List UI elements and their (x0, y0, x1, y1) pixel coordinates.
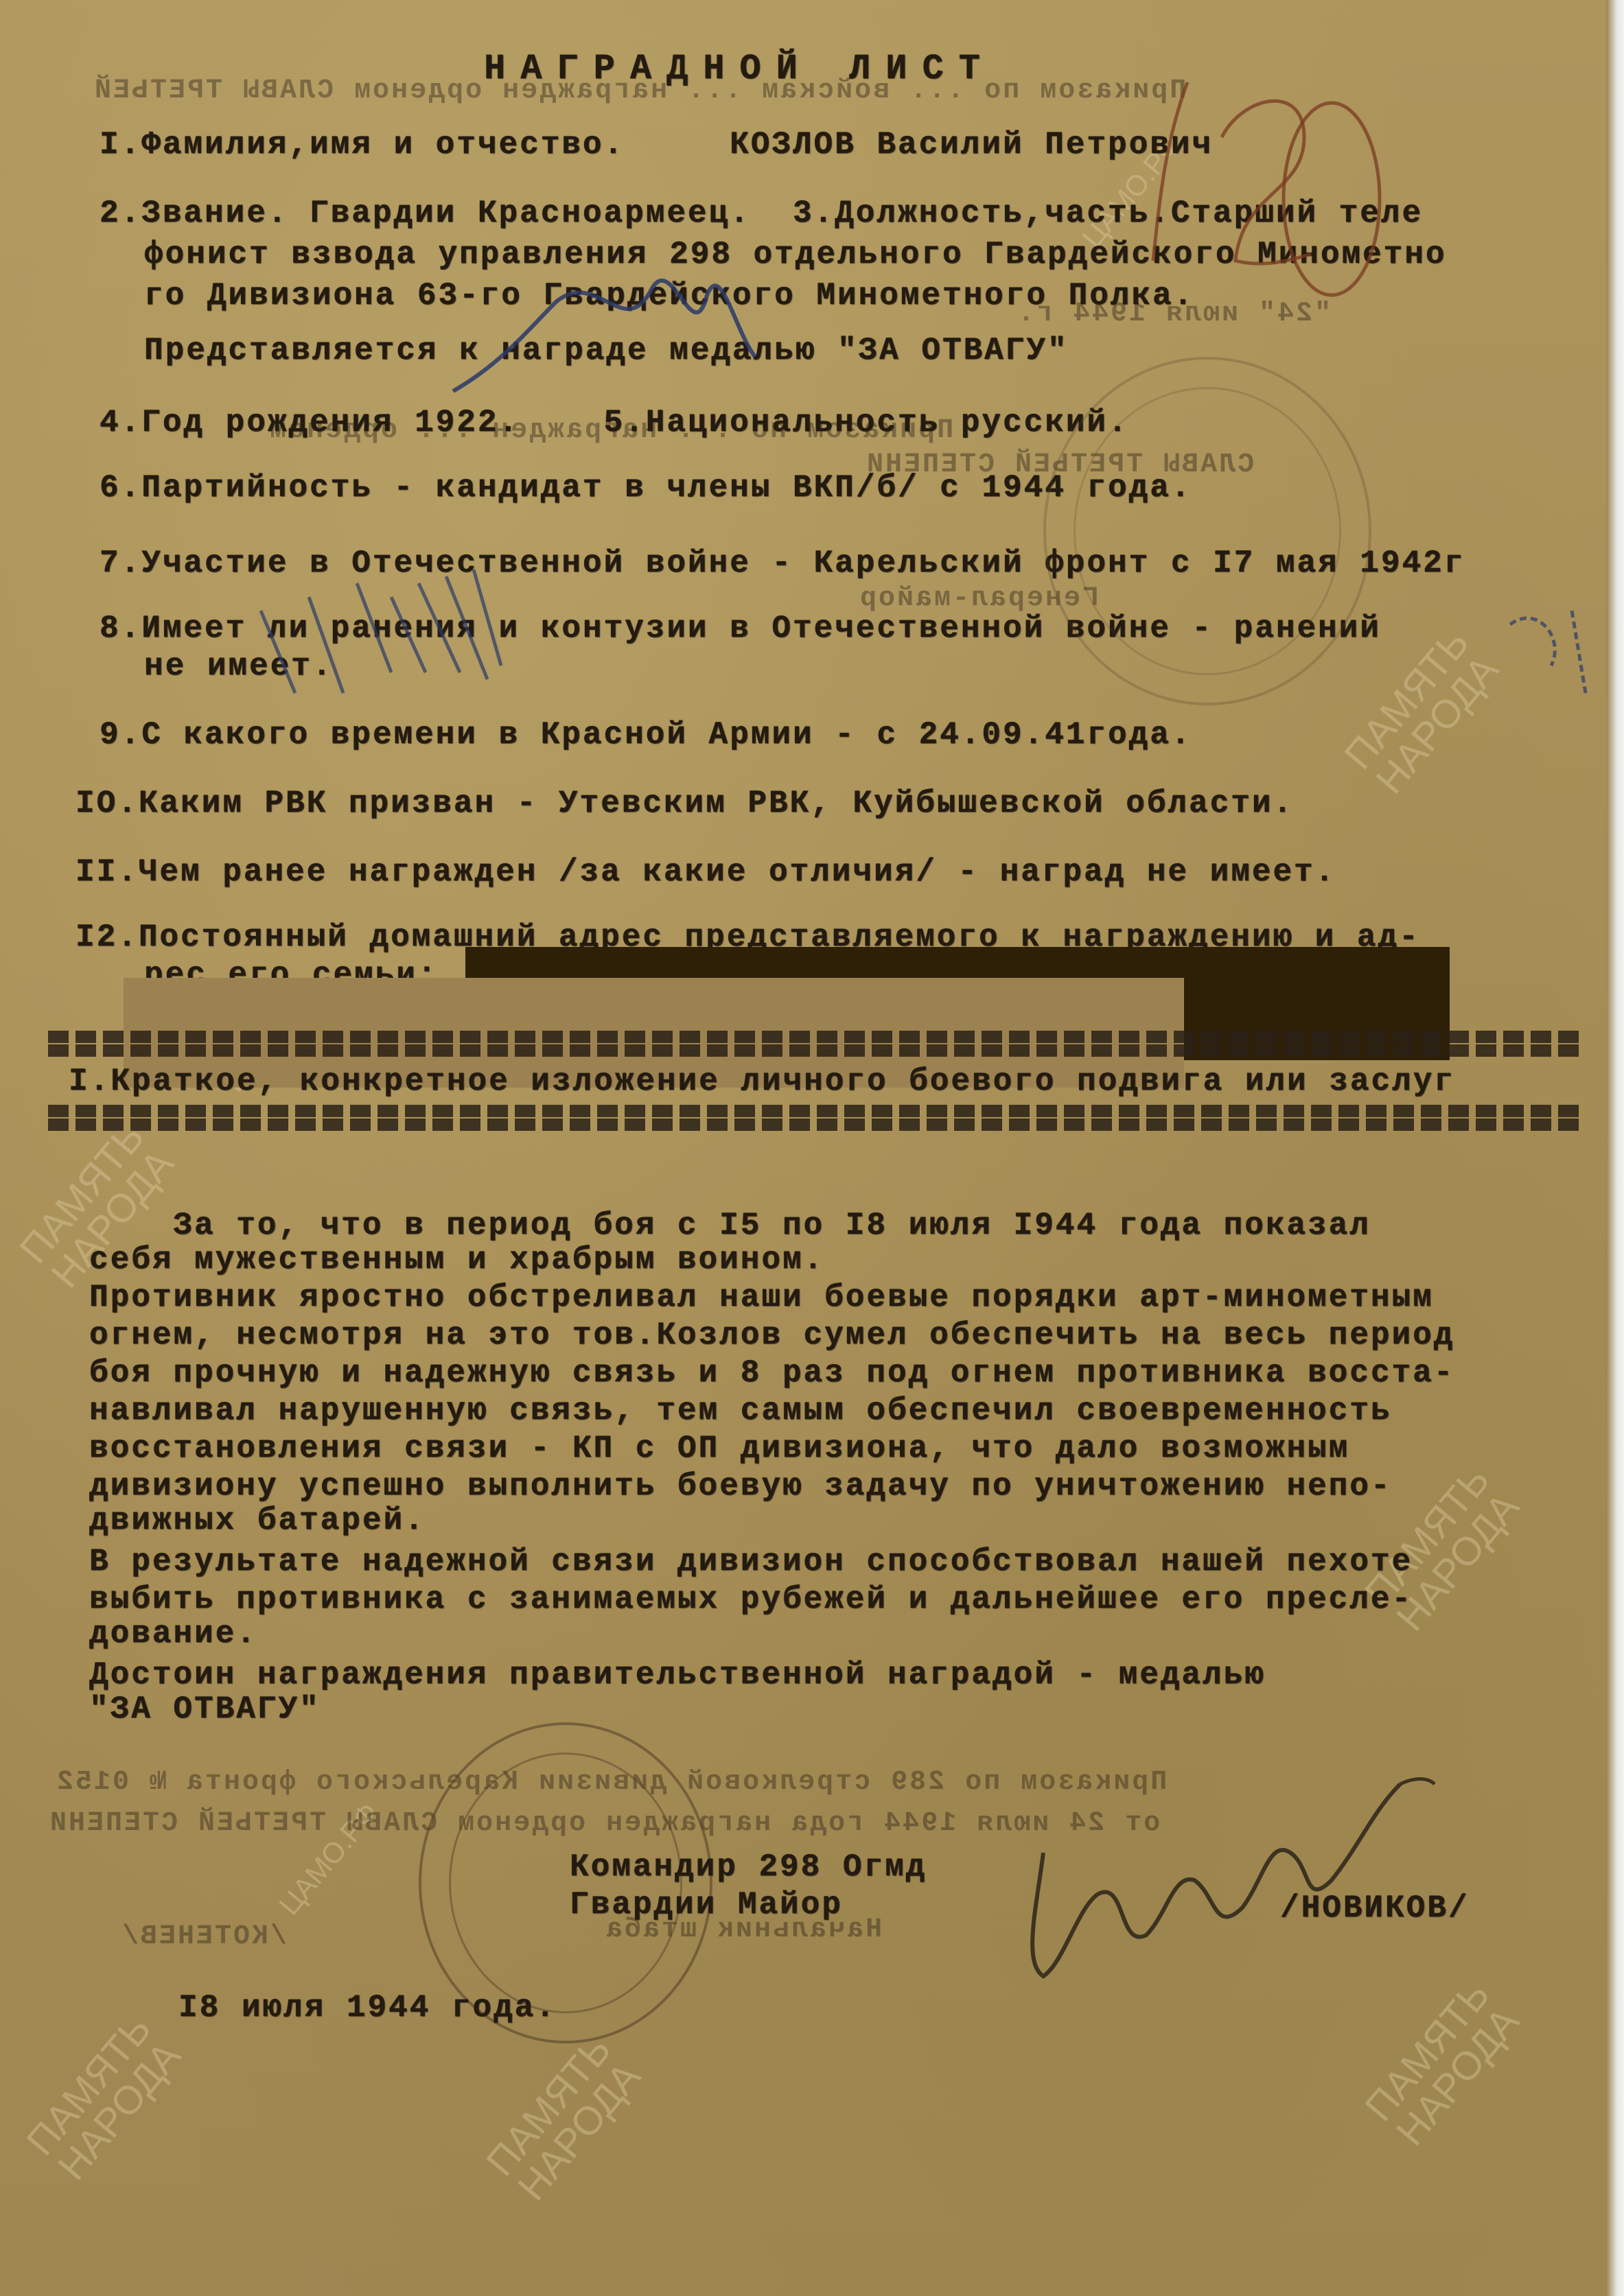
narrative-line: дование. (89, 1613, 257, 1655)
divider-dashes (48, 1118, 1586, 1131)
field-army-since: 9.С какого времени в Красной Армии - с 2… (100, 714, 1192, 756)
narrative-line: огнем, несмотря на это тов.Козлов сумел … (89, 1314, 1454, 1357)
bleed-through-text: /КОТЕНЕВ/ (120, 1921, 287, 1952)
document-title: НАГРАДНОЙ ЛИСТ (484, 48, 995, 91)
blue-ink-mark (1496, 597, 1606, 707)
narrative-line: движных батарей. (89, 1499, 426, 1542)
narrative-line: выбить противника с занимаемых рубежей и… (89, 1578, 1413, 1621)
divider-dashes (48, 1044, 1586, 1057)
pencil-number-mark (1084, 55, 1400, 302)
signatory-rank: Гвардии Майор (570, 1884, 843, 1926)
field-name: I.Фамилия,имя и отчество. КОЗЛОВ Василий… (100, 124, 1213, 166)
handwritten-signature (1016, 1770, 1441, 1990)
signatory-position: Командир 298 Огмд (570, 1846, 927, 1888)
document-date: I8 июля 1944 года. (178, 1987, 557, 2029)
field-party: 6.Партийность - кандидат в члены ВКП/б/ … (100, 467, 1192, 509)
divider-dashes (48, 1105, 1586, 1117)
divider-dashes (48, 1031, 1586, 1043)
narrative-line: "ЗА ОТВАГУ" (89, 1688, 321, 1731)
narrative-line: восстановления связи - КП с ОП дивизиона… (89, 1427, 1349, 1470)
narrative-line: боя прочную и надежную связь и 8 раз под… (89, 1352, 1454, 1394)
narrative-line: навливал нарушенную связь, тем самым обе… (89, 1390, 1391, 1432)
narrative-line: себя мужественным и храбрым воином. (89, 1239, 824, 1281)
field-conscription: IO.Каким РВК призван - Утевским РВК, Куй… (76, 782, 1294, 825)
blue-ink-signature (446, 247, 995, 405)
narrative-line: Противник яростно обстреливал наши боевы… (89, 1276, 1434, 1319)
round-seal-stamp-bleed (1043, 357, 1371, 705)
scan-edge (1606, 0, 1624, 2296)
field-birth-nationality: 4.Год рождения 1922. 5.Национальность ру… (100, 401, 1129, 444)
blue-ink-signature (254, 570, 803, 707)
section-heading: I.Краткое, конкретное изложение личного … (69, 1060, 1455, 1103)
narrative-line: В результате надежной связи дивизион спо… (89, 1541, 1413, 1583)
field-previous-awards: II.Чем ранее награжден /за какие отличия… (76, 851, 1336, 893)
